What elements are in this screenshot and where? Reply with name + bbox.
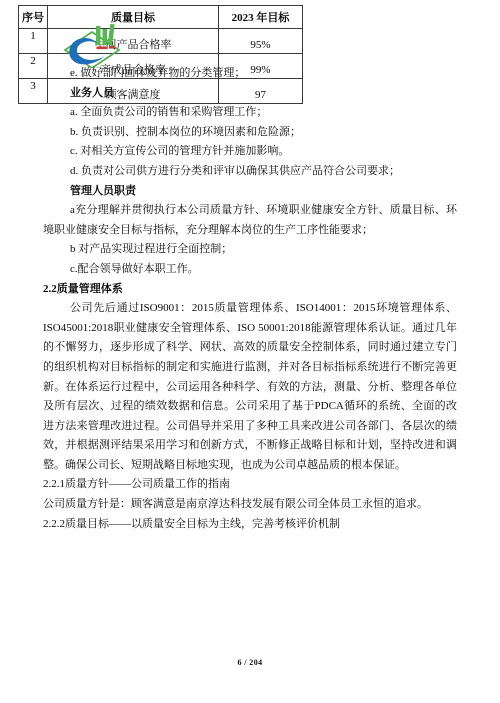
page-footer: 6 / 204 — [0, 658, 500, 667]
list-item: d. 负责对公司供方进行分类和评审以确保其供应产品符合公司要求； — [43, 162, 457, 182]
paragraph: 公司质量方针是：顾客满意是南京淳达科技发展有限公司全体员工永恒的追求。 — [43, 495, 457, 515]
role-heading: 业务人员 — [43, 84, 457, 104]
subsection-heading: 2.2.2质量目标——以质量安全目标为主线，完善考核评价机制 — [43, 515, 457, 535]
list-item: a. 全面负责公司的销售和采购管理工作； — [43, 103, 457, 123]
target-value: 95% — [219, 29, 303, 54]
logo-red-mark-icon — [97, 46, 115, 49]
list-item: c. 对相关方宣传公司的管理方针并施加影响。 — [43, 142, 457, 162]
paragraph: 公司先后通过ISO9001：2015质量管理体系、ISO14001：2015环境… — [43, 299, 457, 475]
list-item: e. 做好部门固体废弃物的分类管理； — [43, 64, 457, 84]
role-heading: 管理人员职责 — [43, 182, 457, 202]
list-item: c.配合领导做好本职工作。 — [43, 260, 457, 280]
column-header: 2023 年目标 — [219, 6, 303, 29]
text-blocks: e. 做好部门固体废弃物的分类管理；业务人员a. 全面负责公司的销售和采购管理工… — [43, 64, 457, 534]
paragraph: a充分理解并贯彻执行本公司质量方针、环境职业健康安全方针、质量目标、环境职业健康… — [43, 201, 457, 240]
document-page: e. 做好部门固体废弃物的分类管理；业务人员a. 全面负责公司的销售和采购管理工… — [0, 0, 500, 703]
column-header: 序号 — [19, 6, 48, 29]
company-logo — [58, 20, 126, 68]
list-item: b. 负责识别、控制本岗位的环境因素和危险源； — [43, 123, 457, 143]
subsection-heading: 2.2.1质量方针——公司质量工作的指南 — [43, 475, 457, 495]
logo-bars-icon — [96, 24, 115, 45]
list-item: b 对产品实现过程进行全面控制； — [43, 240, 457, 260]
section-heading: 2.2质量管理体系 — [43, 280, 457, 300]
row-number: 1 — [19, 29, 48, 54]
